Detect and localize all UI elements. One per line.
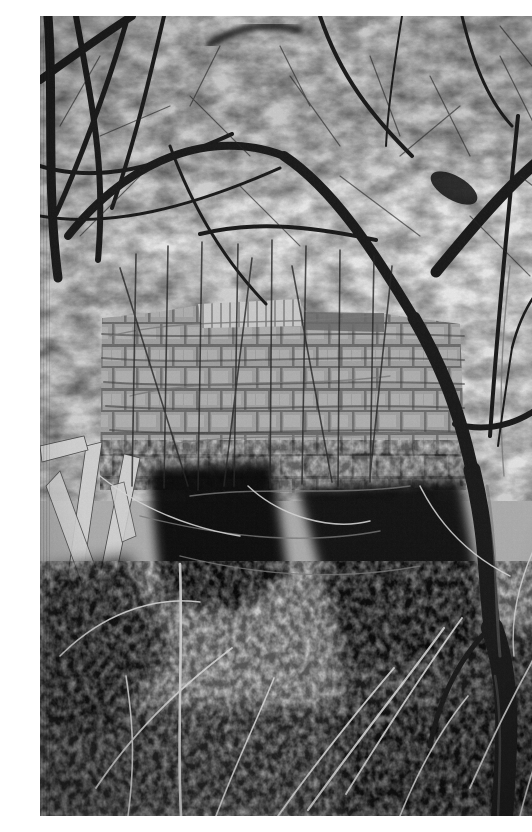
vignette [40, 16, 532, 816]
photograph [40, 16, 532, 816]
photo-canvas [40, 16, 532, 816]
